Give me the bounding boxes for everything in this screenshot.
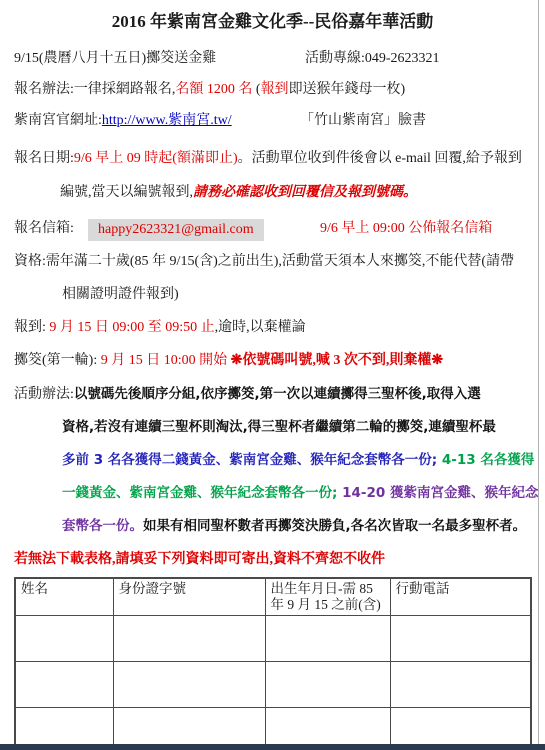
table-cell: [15, 662, 113, 708]
reg-date-label: 報名日期:: [14, 151, 74, 166]
rules-text-2: 資格,若沒有連續三聖杯則淘汰,得三聖杯者繼續第二輪的擲筊,連續聖杯最: [62, 419, 496, 435]
line-rules-4: 一錢黃金、紫南宮金雞、猴年紀念套幣各一份; 14-20 獲紫南宮金雞、猴年紀念: [62, 483, 538, 503]
checkin-rest: ,逾時,以棄權論: [215, 320, 306, 335]
rules-text-1: 以號碼先後順序分組,依序擲筊,第一次以連續擲得三聖杯後,取得入選: [74, 386, 481, 402]
rules-prize-4-13-b: 一錢黃金、紫南宮金雞、猴年紀念套幣各一份;: [62, 485, 337, 501]
line-first-round: 擲筊(第一輪): 9 月 15 日 10:00 開始 ❋依號碼叫號,喊 3 次不…: [14, 351, 443, 371]
table-cell: [15, 616, 113, 662]
registration-table: 姓名 身份證字號 出生年月日-需 85 年 9 月 15 之前(含) 行動電話: [14, 577, 532, 750]
table-cell: [265, 662, 390, 708]
qualification-text-2: 相關證明證件報到): [62, 287, 179, 302]
line-rules-5: 套幣各一份。如果有相同聖杯數者再擲筊決勝負,各名次皆取一名最多聖杯者。: [62, 516, 526, 536]
first-round-label: 擲筊(第一輪):: [14, 353, 101, 368]
line-registration-date: 報名日期:9/6 早上 09 時起(額滿即止)。活動單位收到件後會以 e-mai…: [14, 149, 522, 169]
gift-text: 即送猴年錢母一枚): [289, 82, 406, 97]
line-event-date: 9/15(農曆八月十五日)擲筊送金雞 活動專線:049-2623321: [14, 49, 545, 69]
reg-date-rest: 。活動單位收到件後會以 e-mail 回覆,給予報到: [238, 151, 522, 166]
line-checkin: 報到: 9 月 15 日 09:00 至 09:50 止,逾時,以棄權論: [14, 318, 306, 338]
website-label: 紫南宮官網址:: [14, 113, 102, 128]
hotline-text: 活動專線:049-2623321: [305, 49, 440, 69]
registration-email: happy2623321@gmail.com: [88, 219, 264, 241]
table-header-name: 姓名: [15, 578, 113, 616]
qualification-text-1: 資格:需年滿二十歲(85 年 9/15(含)之前出生),活動當天須本人來擲筊,不…: [14, 254, 514, 269]
reg-date-red: 9/6 早上 09 時起(額滿即止): [74, 151, 238, 166]
checkin-word: 報到: [261, 82, 289, 97]
table-cell: [390, 662, 531, 708]
paren-text: (: [252, 82, 260, 97]
rules-prize-14-20-b: 套幣各一份。: [62, 518, 143, 534]
document-title: 2016 年紫南宮金雞文化季--民俗嘉年華活動: [0, 12, 545, 32]
table-cell: [113, 616, 265, 662]
line-qualification-1: 資格:需年滿二十歲(85 年 9/15(含)之前出生),活動當天須本人來擲筊,不…: [14, 252, 514, 272]
confirm-warning-text: 請務必確認收到回覆信及報到號碼。: [193, 185, 417, 200]
checkin-label: 報到:: [14, 320, 49, 335]
line-rules-2: 資格,若沒有連續三聖杯則淘汰,得三聖杯者繼續第二輪的擲筊,連續聖杯最: [62, 417, 496, 437]
mailbox-announce-text: 9/6 早上 09:00 公佈報名信箱: [320, 219, 492, 239]
rules-prize-14-20-a: 14-20 獲紫南宮金雞、猴年紀念: [337, 485, 538, 501]
quota-text: 名額 1200 名: [175, 82, 252, 97]
table-cell: [113, 662, 265, 708]
window-bottom-edge: [0, 744, 545, 750]
rules-prize-4-13-a: 4-13 名各獲得: [437, 452, 534, 468]
registration-prefix: 報名辦法:一律採網路報名,: [14, 82, 175, 97]
first-round-warning: ❋依號碼叫號,喊 3 次不到,則棄權❋: [231, 353, 443, 368]
table-row: [15, 616, 531, 662]
table-header-row: 姓名 身份證字號 出生年月日-需 85 年 9 月 15 之前(含) 行動電話: [15, 578, 531, 616]
rules-label: 活動辦法:: [14, 387, 74, 402]
download-notice-text: 若無法下載表格,請填妥下列資料即可寄出,資料不齊恕不收件: [14, 552, 385, 567]
table-cell: [265, 616, 390, 662]
line-download-notice: 若無法下載表格,請填妥下列資料即可寄出,資料不齊恕不收件: [14, 550, 385, 570]
line-registration-method: 報名辦法:一律採網路報名,名額 1200 名 (報到即送猴年錢母一枚): [14, 80, 405, 100]
table-header-id-number: 身份證字號: [113, 578, 265, 616]
registration-table-body: [15, 616, 531, 750]
table-header-birthdate: 出生年月日-需 85 年 9 月 15 之前(含): [265, 578, 390, 616]
line-rules-3: 多前 3 名各獲得二錢黃金、紫南宮金雞、猴年紀念套幣各一份; 4-13 名各獲得: [62, 450, 534, 470]
line-mailbox: 報名信箱: happy2623321@gmail.com 9/6 早上 09:0…: [14, 219, 545, 239]
checkin-time-red: 9 月 15 日 09:00 至 09:50 止: [49, 320, 214, 335]
facebook-text: 「竹山紫南宮」臉書: [300, 111, 426, 131]
table-cell: [390, 616, 531, 662]
mailbox-label: 報名信箱:: [14, 221, 74, 236]
document-page: 2016 年紫南宮金雞文化季--民俗嘉年華活動 9/15(農曆八月十五日)擲筊送…: [0, 0, 545, 750]
first-round-time-red: 9 月 15 日 10:00 開始: [101, 353, 231, 368]
line-registration-date-cont: 編號,當天以編號報到,請務必確認收到回覆信及報到號碼。: [60, 183, 417, 203]
event-date-text: 9/15(農曆八月十五日)擲筊送金雞: [14, 51, 216, 66]
line-qualification-2: 相關證明證件報到): [62, 285, 179, 305]
table-row: [15, 662, 531, 708]
rules-tiebreak-text: 如果有相同聖杯數者再擲筊決勝負,各名次皆取一名最多聖杯者。: [143, 518, 526, 534]
rules-prize-top3: 多前 3 名各獲得二錢黃金、紫南宮金雞、猴年紀念套幣各一份;: [62, 452, 437, 468]
temple-website-link[interactable]: http://www.紫南宮.tw/: [102, 113, 232, 128]
table-header-mobile: 行動電話: [390, 578, 531, 616]
page-right-border: [538, 0, 539, 744]
reg-date-cont-black: 編號,當天以編號報到,: [60, 185, 193, 200]
line-rules-1: 活動辦法:以號碼先後順序分組,依序擲筊,第一次以連續擲得三聖杯後,取得入選: [14, 384, 481, 405]
line-website: 紫南宮官網址:http://www.紫南宮.tw/ 「竹山紫南宮」臉書: [14, 111, 545, 131]
